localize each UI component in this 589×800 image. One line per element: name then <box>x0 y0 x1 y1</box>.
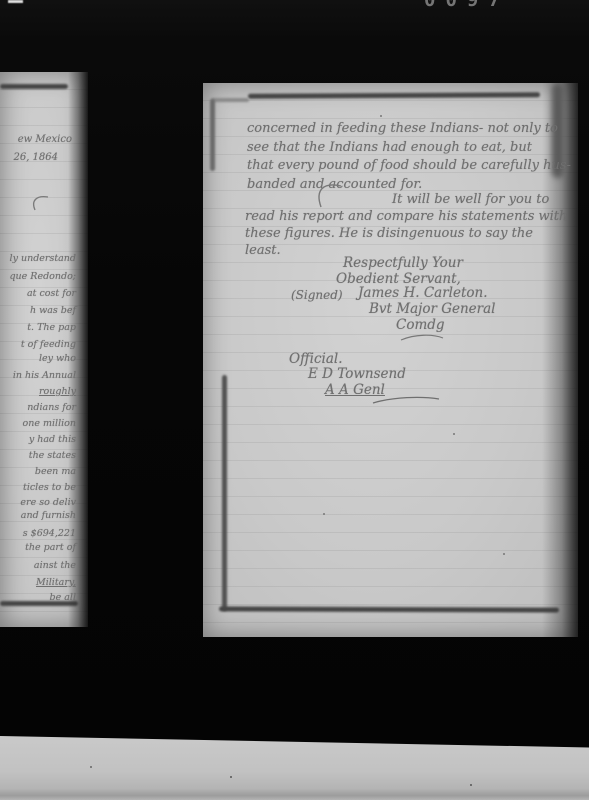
official-label: Official. <box>289 351 343 367</box>
handwriting-fragment: at cost for <box>27 288 76 299</box>
page-edge-smudge <box>248 92 540 99</box>
handwriting-line: that every pound of food should be caref… <box>247 157 571 176</box>
microfilm-frame: 0097 ew Mexico 26, 1864 ly understand qu… <box>0 0 589 800</box>
handwriting-fragment: be all <box>50 592 76 603</box>
handwriting-fragment: ley who <box>39 353 76 364</box>
page-edge-smudge <box>211 98 249 102</box>
ink-speck <box>503 553 505 555</box>
dust-speck <box>470 784 472 786</box>
closing-line: Respectfully Your <box>343 255 463 271</box>
ink-speck <box>380 115 382 117</box>
page-edge-smudge <box>222 375 227 611</box>
page-edge-smudge <box>210 99 215 171</box>
handwriting-fragment: ticles to be <box>23 482 76 493</box>
letter-page: concerned in feeding these Indians- not … <box>203 83 578 637</box>
signed-annotation: (Signed) <box>291 288 343 302</box>
handwriting-fragment: Military, <box>36 577 76 588</box>
signature: James H. Carleton. <box>358 285 488 301</box>
handwriting-fragment: roughly <box>39 386 76 397</box>
handwriting-fragment: s $694,221 <box>23 528 76 539</box>
handwriting-fragment: ainst the <box>34 560 76 571</box>
handwriting-line: It will be well for you to <box>245 191 567 208</box>
handwriting-fragment: ly understand <box>10 253 76 264</box>
page-edge-smudge <box>0 84 68 89</box>
signature-rank: Bvt Major General <box>369 301 495 317</box>
handwriting-fragment: 26, 1864 <box>13 152 58 163</box>
handwriting-fragment: y had this <box>29 434 76 445</box>
handwriting-fragment: been ma <box>35 466 76 477</box>
letter-body-paragraph-2: It will be well for you to read his repo… <box>245 191 567 259</box>
ink-flourish <box>371 395 441 405</box>
handwriting-fragment: one million <box>23 418 76 429</box>
page-edge-smudge <box>219 606 559 612</box>
handwriting-line: see that the Indians had enough to eat, … <box>247 139 571 158</box>
ink-flourish <box>28 194 50 212</box>
handwriting-fragment: h was bef <box>30 305 76 316</box>
handwriting-fragment: the part of <box>25 542 76 553</box>
handwriting-fragment: t. The pap <box>27 322 76 333</box>
handwriting-line: these figures. He is disingenuous to say… <box>245 225 567 242</box>
handwriting-fragment: the states <box>29 450 76 461</box>
ink-speck <box>453 433 455 435</box>
handwriting-fragment: que Redondo; <box>9 271 76 282</box>
frame-counter-digits: 0097 <box>424 0 510 11</box>
official-name: E D Townsend <box>308 366 406 382</box>
handwriting-fragment: and furnish <box>21 510 76 521</box>
handwriting-fragment: ew Mexico <box>18 134 72 145</box>
handwriting-fragment: t of feeding <box>21 339 76 350</box>
frame-counter: 0097 <box>418 0 568 11</box>
handwriting-fragment: in his Annual <box>13 370 76 381</box>
handwriting-line: read his report and compare his statemen… <box>245 208 567 225</box>
handwriting-fragment: ndians for <box>27 402 76 413</box>
handwriting-line: concerned in feeding these Indians- not … <box>247 120 571 139</box>
ink-speck <box>323 513 325 515</box>
ink-flourish <box>399 333 445 343</box>
scanner-bed-band <box>0 736 589 800</box>
signature-command: Comdg <box>396 317 445 333</box>
dust-speck <box>230 776 232 778</box>
letter-body-paragraph-1: concerned in feeding these Indians- not … <box>247 120 571 194</box>
left-partial-page: ew Mexico 26, 1864 ly understand que Red… <box>0 72 88 627</box>
handwriting-fragment: ere so deliv <box>20 497 76 508</box>
film-scratch-speck <box>8 0 23 3</box>
dust-speck <box>90 766 92 768</box>
